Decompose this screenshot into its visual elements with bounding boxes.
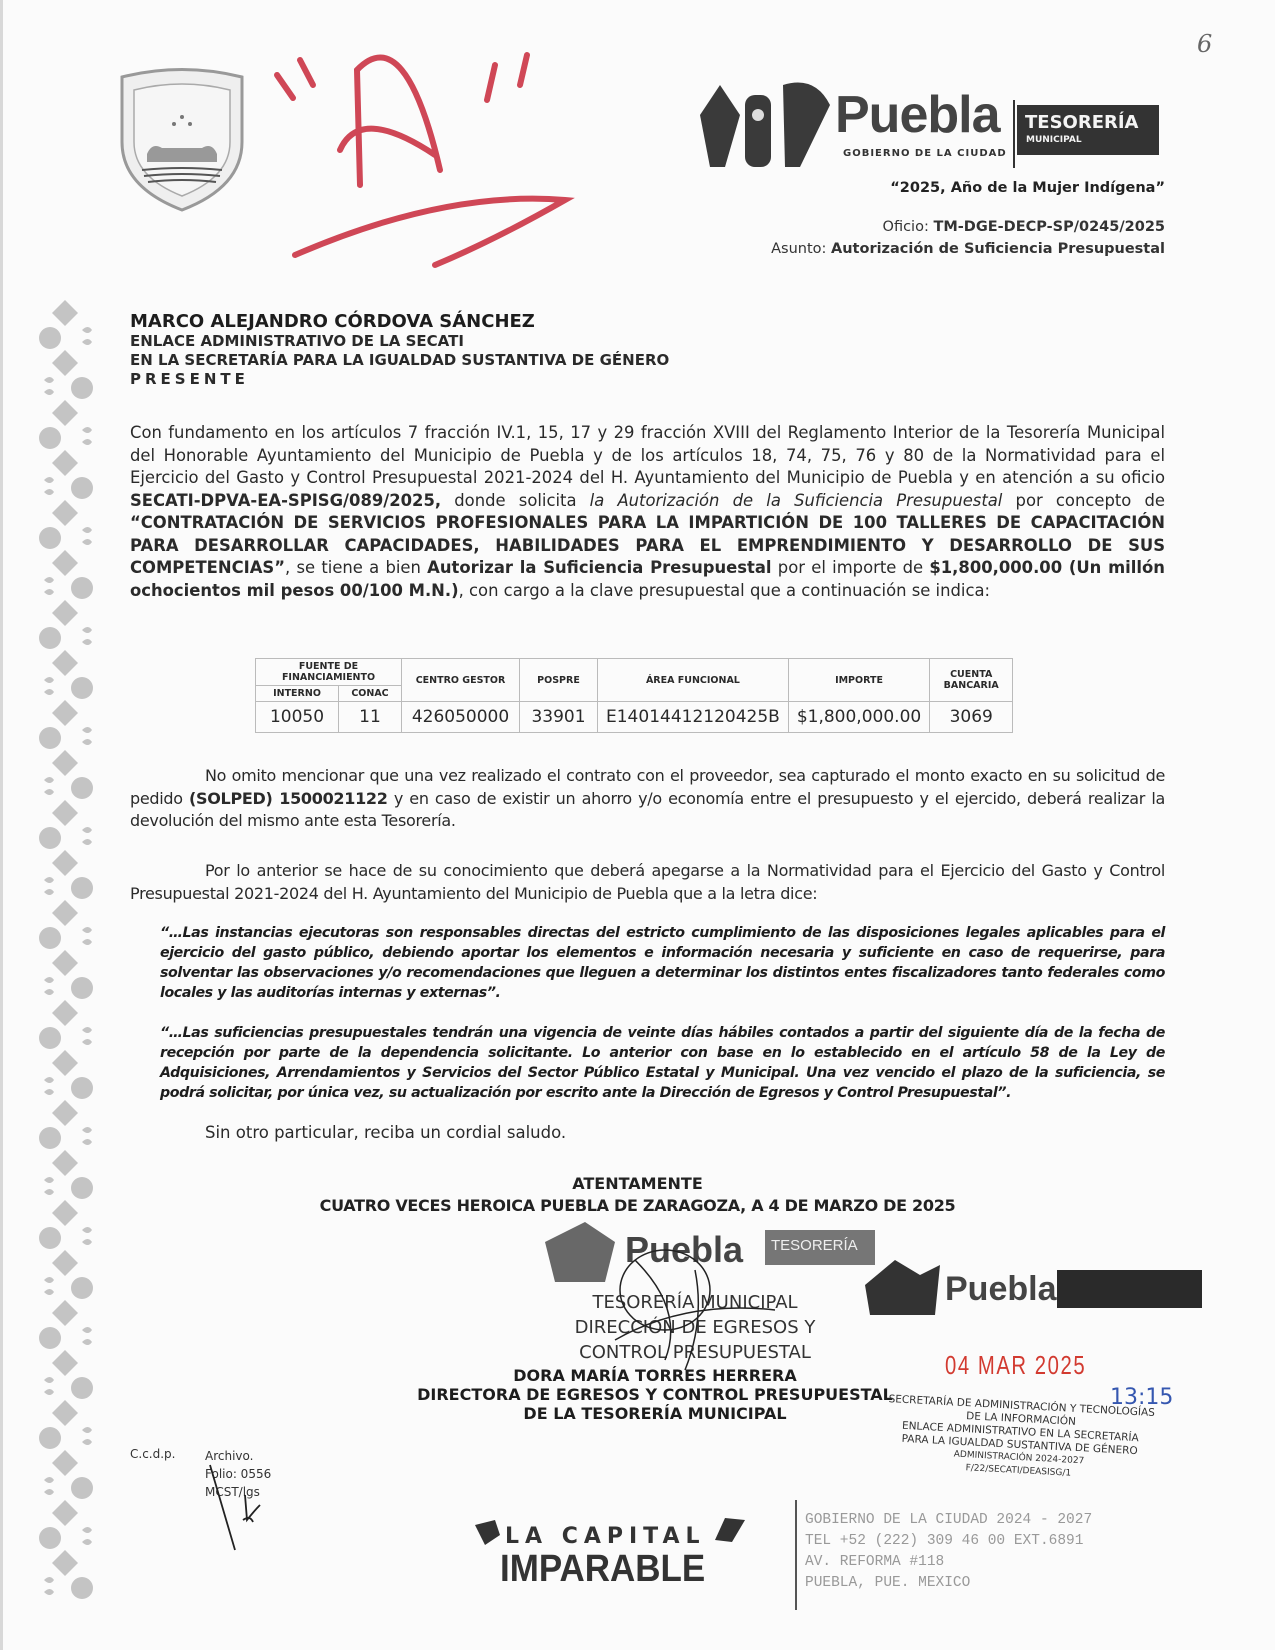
year-motto: “2025, Año de la Mujer Indígena” [890,180,1165,196]
solped-number: (SOLPED) 1500021122 [189,789,388,808]
tesoreria-badge: TESORERÍA MUNICIPAL [1017,105,1159,155]
signer-title: DIRECTORA DE EGRESOS Y CONTROL PRESUPUES… [0,1385,1275,1404]
atentamente: ATENTAMENTE [0,1174,1275,1193]
footer-divider [795,1500,797,1610]
municipal-crest-icon [112,62,252,212]
legal-quote-1: “…Las instancias ejecutoras son responsa… [160,923,1165,1003]
addressee-position: ENLACE ADMINISTRATIVO DE LA SECATI [130,332,669,351]
budget-key-table: FUENTE DE FINANCIAMIENTO CENTRO GESTOR P… [255,658,1013,733]
table-cell: 11 [339,702,402,733]
ccp-label: C.c.d.p. [130,1447,175,1461]
slogan-top: LA CAPITAL [505,1524,706,1549]
footer-address: AV. REFORMA #118 [805,1552,1092,1573]
reception-stamp-logo-icon: Puebla [865,1255,1205,1320]
body-paragraph-1: Con fundamento en los artículos 7 fracci… [130,422,1165,602]
p1-italic-text: la Autorización de la Suficiencia Presup… [590,491,1003,510]
table-cell: E14014412120425B [598,702,789,733]
p1-oficio-ref: SECATI-DPVA-EA-SPISG/089/2025, [130,491,441,510]
table-cell: 10050 [256,702,339,733]
body-paragraph-3: Por lo anterior se hace de su conocimien… [130,860,1165,905]
table-cell: 33901 [520,702,598,733]
p1-text: por concepto de [1002,491,1165,510]
asunto-line: Asunto: Autorización de Suficiencia Pres… [771,241,1165,257]
table-header: POSPRE [520,659,598,702]
footer-phone: TEL +52 (222) 309 46 00 EXT.6891 [805,1531,1092,1552]
addressee-presente: PRESENTE [130,370,669,389]
logo-city-name: Puebla [835,85,1000,145]
footer-line: GOBIERNO DE LA CIUDAD 2024 - 2027 [805,1510,1092,1531]
table-header: ÁREA FUNCIONAL [598,659,789,702]
asunto-value: Autorización de Suficiencia Presupuestal [831,241,1165,257]
table-header: INTERNO [256,686,339,702]
la-capital-imparable-logo: LA CAPITAL IMPARABLE [470,1510,750,1595]
table-row: 10050 11 426050000 33901 E14014412120425… [256,702,1013,733]
p1-text: por el importe de [772,558,930,577]
table-cell: 426050000 [402,702,520,733]
closing-line: Sin otro particular, reciba un cordial s… [205,1123,566,1142]
addressee-department: EN LA SECRETARÍA PARA LA IGUALDAD SUSTAN… [130,351,669,370]
p1-text: donde solicita [441,491,590,510]
logo-divider [1013,100,1015,168]
p1-authorize: Autorizar la Suficiencia Presupuestal [427,558,771,577]
footer-contact-info: GOBIERNO DE LA CIUDAD 2024 - 2027 TEL +5… [805,1510,1092,1594]
table-header: CUENTA BANCARIA [930,659,1013,702]
p1-text: Con fundamento en los artículos 7 fracci… [130,423,1165,487]
asunto-label: Asunto: [771,241,826,257]
oficio-label: Oficio: [883,219,929,235]
handwritten-page-number: 6 [1197,30,1212,58]
addressee-name: MARCO ALEJANDRO CÓRDOVA SÁNCHEZ [130,311,669,332]
p1-text: , con cargo a la clave presupuestal que … [459,581,990,600]
p1-text: , se tiene a bien [285,558,427,577]
handwritten-red-mark [265,40,585,270]
table-cell: $1,800,000.00 [788,702,929,733]
logo-subtitle: GOBIERNO DE LA CIUDAD [843,148,1007,159]
addressee-block: MARCO ALEJANDRO CÓRDOVA SÁNCHEZ ENLACE A… [130,311,669,389]
table-group-header: FUENTE DE FINANCIAMIENTO [256,659,402,686]
slogan-bottom: IMPARABLE [500,1548,705,1591]
table-cell: 3069 [930,702,1013,733]
reception-date-stamp: 04 MAR 2025 [945,1350,1086,1381]
table-header: CONAC [339,686,402,702]
table-header: CENTRO GESTOR [402,659,520,702]
body-paragraph-2: No omito mencionar que una vez realizado… [130,765,1165,833]
oficio-reference: Oficio: TM-DGE-DECP-SP/0245/2025 [883,219,1165,235]
city-date-line: CUATRO VECES HEROICA PUEBLA DE ZARAGOZA,… [0,1196,1275,1215]
oficio-number: TM-DGE-DECP-SP/0245/2025 [933,219,1165,235]
municipal-label: MUNICIPAL [1026,135,1082,145]
table-header: IMPORTE [788,659,929,702]
legal-quote-2: “…Las suficiencias presupuestales tendrá… [160,1023,1165,1103]
puebla-logo-art-icon [695,75,835,170]
reception-stamp-text: SECRETARÍA DE ADMINISTRACIÓN Y TECNOLOGÍ… [858,1392,1182,1487]
puebla-tesoreria-logo: Puebla GOBIERNO DE LA CIUDAD TESORERÍA M… [695,75,1165,175]
svg-text:Puebla: Puebla [945,1270,1058,1308]
tesoreria-label: TESORERÍA [1025,112,1138,133]
footer-city: PUEBLA, PUE. MEXICO [805,1573,1092,1594]
initials-handwritten-mark [205,1460,265,1555]
